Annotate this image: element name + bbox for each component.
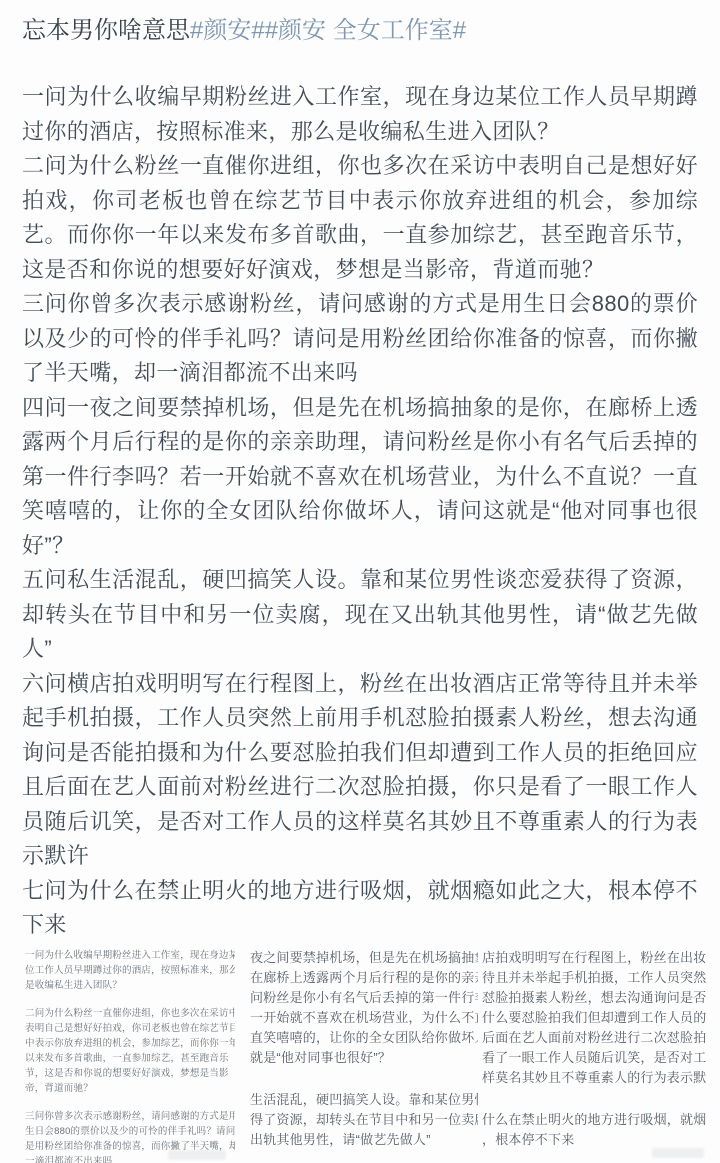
thumbnail-line: 是收编私生进入团队？ xyxy=(25,978,235,993)
thumbnail-text-block: 店拍戏明明写在行程图上，粉丝在出妆 待且并未举起手机拍摄，工作人员突然 怼脸拍摄… xyxy=(482,948,720,1088)
thumbnail-line: 表明自己是想好好拍戏，你司老板也曾在综艺节目 xyxy=(25,1021,235,1036)
thumbnail-line: 以来发布多首歌曲，一直参加综艺，甚至跑音乐 xyxy=(25,1051,235,1066)
question-5: 五问私生活混乱，硬凹搞笑人设。靠和某位男性谈恋爱获得了资源，却转头在节目中和另一… xyxy=(22,563,698,667)
question-7: 七问为什么在禁止明火的地方进行吸烟，就烟瘾如此之大，根本停不下来 xyxy=(22,874,698,943)
thumbnail-line: 样莫名其妙且不尊重素人的行为表示默 xyxy=(482,1068,720,1088)
hashtag-link-yanan[interactable]: #颜安# xyxy=(190,17,265,44)
post-body: 一问为什么收编早期粉丝进入工作室，现在身边某位工作人员早期蹲过你的酒店，按照标准… xyxy=(22,80,698,943)
thumbnail-line: 帝，背道而驰？ xyxy=(25,1081,235,1096)
question-6: 六问横店拍戏明明写在行程图上，粉丝在出妆酒店正常等待且并未举起手机拍摄，工作人员… xyxy=(22,667,698,874)
thumbnail-line: 就是“他对同事也很好”？ xyxy=(250,1048,478,1068)
thumbnail-line: 生活混乱，硬凹搞笑人设。靠和某位男性 xyxy=(250,1090,478,1110)
thumbnail-line: 什么在禁止明火的地方进行吸烟，就烟 xyxy=(482,1110,720,1130)
post-image: 忘本男你啥意思#颜安##颜安 全女工作室# 一问为什么收编早期粉丝进入工作室，现… xyxy=(0,0,720,1163)
thumbnail-line: 三问你曾多次表示感谢粉丝，请问感谢的方式是用 xyxy=(25,1109,235,1124)
thumbnail-line: 位工作人员早期蹲过你的酒店，按照标准来，那么 xyxy=(25,963,235,978)
attachment-thumbnail-1[interactable]: 一问为什么收编早期粉丝进入工作室，现在身边某 位工作人员早期蹲过你的酒店，按照标… xyxy=(25,948,235,1163)
question-2: 二问为什么粉丝一直催你进组，你也多次在采访中表明自己是想好好拍戏，你司老板也曾在… xyxy=(22,149,698,287)
hashtag-link-yanan-studio[interactable]: #颜安 全女工作室# xyxy=(265,17,466,44)
thumbnail-text-block: 夜之间要禁掉机场，但是先在机场搞抽象 在廊桥上透露两个月后行程的是你的亲亲 问粉… xyxy=(250,948,478,1068)
thumbnail-line: 出轨其他男性，请“做艺先做人” xyxy=(250,1130,478,1150)
thumbnail-line: 一开始就不喜欢在机场营业，为什么不直 xyxy=(250,1008,478,1028)
thumbnail-line: 看了一眼工作人员随后讥笑，是否对工 xyxy=(482,1048,720,1068)
thumbnail-text-block: 生活混乱，硬凹搞笑人设。靠和某位男性 得了资源，却转头在节目中和另一位卖腐 出轨… xyxy=(250,1090,478,1150)
thumbnail-text-block: 什么在禁止明火的地方进行吸烟，就烟 ，根本停不下来 xyxy=(482,1110,720,1150)
thumbnail-line: 一问为什么收编早期粉丝进入工作室，现在身边某 xyxy=(25,948,235,963)
thumbnail-line: 在廊桥上透露两个月后行程的是你的亲亲 xyxy=(250,968,478,988)
thumbnail-line: 什么要怼脸拍我们但却遭到工作人员的 xyxy=(482,1008,720,1028)
thumbnail-line: 夜之间要禁掉机场，但是先在机场搞抽象 xyxy=(250,948,478,968)
thumbnail-line: 后面在艺人面前对粉丝进行二次怼脸拍 xyxy=(482,1028,720,1048)
thumbnail-line: 直笑嘻嘻的，让你的全女团队给你做坏人 xyxy=(250,1028,478,1048)
thumbnail-line: 问粉丝是你小有名气后丢掉的第一件行李 xyxy=(250,988,478,1008)
question-1: 一问为什么收编早期粉丝进入工作室，现在身边某位工作人员早期蹲过你的酒店，按照标准… xyxy=(22,80,698,149)
question-3: 三问你曾多次表示感谢粉丝，请问感谢的方式是用生日会880的票价以及少的可怜的伴手… xyxy=(22,287,698,391)
thumbnail-line: 节，这是否和你说的想要好好演戏，梦想是当影 xyxy=(25,1066,235,1081)
thumbnail-line: 中表示你放弃进组的机会，参加综艺，而你你一年 xyxy=(25,1036,235,1051)
post-title-text: 忘本男你啥意思 xyxy=(22,17,190,44)
question-4: 四问一夜之间要禁掉机场，但是先在机场搞抽象的是你，在廊桥上透露两个月后行程的是你… xyxy=(22,391,698,564)
thumbnail-line: 怼脸拍摄素人粉丝，想去沟通询问是否 xyxy=(482,988,720,1008)
thumbnail-line: 店拍戏明明写在行程图上，粉丝在出妆 xyxy=(482,948,720,968)
thumbnail-line: 得了资源，却转头在节目中和另一位卖腐 xyxy=(250,1110,478,1130)
attachment-thumbnail-2[interactable]: 夜之间要禁掉机场，但是先在机场搞抽象 在廊桥上透露两个月后行程的是你的亲亲 问粉… xyxy=(250,948,478,1163)
attachment-thumbnail-3[interactable]: 店拍戏明明写在行程图上，粉丝在出妆 待且并未举起手机拍摄，工作人员突然 怼脸拍摄… xyxy=(482,948,720,1163)
thumbnail-text-block: 一问为什么收编早期粉丝进入工作室，现在身边某 位工作人员早期蹲过你的酒店，按照标… xyxy=(25,948,235,993)
watermark xyxy=(652,1148,704,1158)
thumbnail-text-block: 二问为什么粉丝一直催你进组，你也多次在采访中 表明自己是想好好拍戏，你司老板也曾… xyxy=(25,1006,235,1096)
thumbnail-line: 二问为什么粉丝一直催你进组，你也多次在采访中 xyxy=(25,1006,235,1021)
thumbnail-line: 待且并未举起手机拍摄，工作人员突然 xyxy=(482,968,720,988)
post-title: 忘本男你啥意思#颜安##颜安 全女工作室# xyxy=(22,14,712,48)
thumbnail-line: ，根本停不下来 xyxy=(482,1130,720,1150)
thumbnail-line: 生日会880的票价以及少的可怜的伴手礼吗？请问 xyxy=(25,1124,235,1139)
watermark xyxy=(168,1150,226,1160)
